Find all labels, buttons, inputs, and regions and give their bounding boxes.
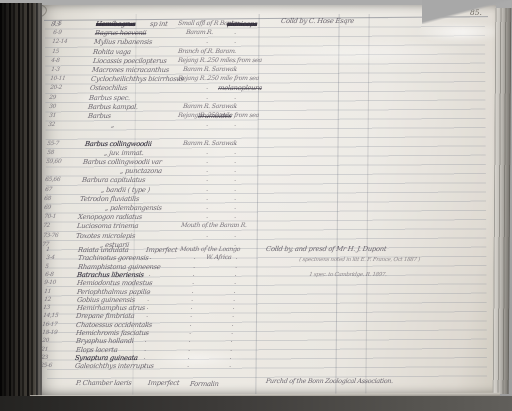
ditto-mark: · [189, 338, 191, 346]
ditto-mark: · [206, 214, 208, 222]
footer-species-name: P. Chamber laeris [76, 380, 132, 387]
collector-note-hose: Colld by C. Hose Esqre [281, 18, 355, 25]
ditto-mark: · [234, 122, 236, 130]
ditto-mark: · [193, 264, 195, 272]
locality: Rejang R. 250 mile from sea [178, 113, 260, 119]
ditto-mark: · [234, 141, 236, 149]
ditto-mark: · [206, 30, 208, 38]
ditto-mark: · [145, 338, 147, 346]
ditto-mark: · [206, 95, 208, 103]
specimen-number: 6-9 [52, 31, 61, 37]
ditto-mark: · [194, 247, 196, 255]
ditto-mark: · [234, 95, 236, 103]
ditto-mark: · [232, 313, 234, 321]
ditto-mark: · [234, 30, 236, 38]
species-name: Macrones micracanthus [91, 67, 169, 74]
species-name: Hemichromis fasciatus [76, 330, 150, 337]
ditto-mark: · [148, 280, 150, 288]
species-name: Synaptura guineata [75, 355, 138, 362]
locality: Rejang R. 250 miles from sea [178, 58, 263, 64]
specimen-number: 12-14 [52, 40, 68, 46]
ditto-mark: · [206, 187, 208, 195]
specimen-number: 31 [48, 114, 55, 120]
ditto-mark: · [234, 159, 236, 167]
ditto-mark: · [206, 159, 208, 167]
species-name: „ bandii ( type ) [100, 187, 150, 194]
ditto-mark: · [234, 67, 236, 75]
specimen-number: 14,15 [42, 314, 58, 320]
species-name: Drepane fimbriata [76, 313, 135, 320]
ditto-mark: · [234, 21, 236, 29]
ditto-mark: · [234, 168, 236, 176]
ditto-mark: · [234, 104, 236, 112]
specimen-number: 20-2 [49, 86, 62, 92]
ditto-mark: · [206, 67, 208, 75]
specimen-number: 6-8 [44, 273, 53, 279]
specimen-number: 73-76 [42, 234, 58, 240]
species-name: Hemirhamphus atrus [76, 305, 145, 312]
ditto-mark: · [206, 85, 208, 93]
ditto-mark: · [234, 49, 236, 57]
specimen-number: 4-8 [51, 59, 60, 65]
species-name: Cyclocheilichthys bicirrhosus [90, 76, 184, 83]
ditto-mark: · [206, 21, 208, 29]
species-name: Rohita vaga [93, 49, 132, 56]
ditto-mark: · [234, 205, 236, 213]
specimen-number: 69 [44, 206, 51, 212]
ditto-mark: · [191, 297, 193, 305]
specimen-number: 18-19 [42, 331, 58, 337]
footer-condition: Imperfect [148, 380, 180, 387]
species-name: Bryaphus hollandi [75, 338, 133, 345]
specimen-number: 20 [41, 339, 48, 345]
ditto-mark: · [206, 104, 208, 112]
specimen-number: 13 [43, 306, 50, 312]
species-name: Hemibagrus [96, 21, 136, 28]
specimen-number: 3-4 [45, 256, 54, 262]
ditto-mark: · [148, 289, 150, 297]
species-name: Rhamphistoma guineense [77, 264, 160, 271]
species-name: Tetrodon fluviatilis [79, 196, 139, 203]
ditto-mark: · [147, 305, 149, 313]
collector-subnote-2: 1 spec. to Cambridge. R. 1897. [309, 273, 387, 279]
species-name-part: melanopleura [218, 85, 263, 92]
ditto-mark: · [233, 305, 235, 313]
ditto-mark: · [187, 363, 189, 371]
specimen-number: 1 [46, 248, 50, 254]
specimen-number: 72 [43, 224, 50, 230]
ditto-mark: · [194, 255, 196, 263]
ditto-mark: · [206, 196, 208, 204]
locality: Small affl of R Baram [178, 21, 240, 27]
ditto-mark: · [190, 322, 192, 330]
ditto-mark: · [193, 272, 195, 280]
ditto-mark: · [231, 330, 233, 338]
locality: Baram R. Sarawak [183, 104, 238, 110]
locality: Rejang R. 250 mile from sea [178, 76, 260, 82]
footer-medium: Formalin [190, 381, 219, 388]
ditto-mark: · [229, 363, 231, 371]
species-name: Barbus collingwoodii [85, 141, 152, 148]
species-name: Chatoessus occidentalis [76, 322, 153, 329]
specimen-number: 9-10 [44, 281, 57, 287]
page-corner [422, 0, 512, 24]
ditto-mark: · [234, 150, 236, 158]
species-name: „ punctazona [120, 168, 163, 175]
species-name: Barbus [87, 113, 111, 120]
ledger-photo: 92 85. 8.3 9.2 Gb Colld by C. Hose Esqre… [0, 0, 512, 411]
ditto-mark: · [206, 76, 208, 84]
species-name: Barbura capitulatus [81, 177, 145, 184]
ditto-mark: · [191, 305, 193, 313]
ditto-mark: · [206, 113, 208, 121]
ditto-mark: · [234, 187, 236, 195]
ditto-mark: · [234, 233, 236, 241]
ditto-mark: · [188, 347, 190, 355]
ditto-mark: · [234, 58, 236, 66]
specimen-number: 12 [43, 298, 50, 304]
ditto-mark: · [232, 322, 234, 330]
ditto-mark: · [206, 205, 208, 213]
locality: Baram R. Sarawak [183, 67, 238, 73]
species-name: Toxotes microlepis [76, 233, 136, 240]
ditto-mark: · [147, 297, 149, 305]
ditto-mark: · [188, 355, 190, 363]
book-page-edges [493, 8, 512, 394]
species-name: Trachinotus goreensis [77, 255, 148, 262]
ditto-mark: · [144, 347, 146, 355]
ditto-mark: · [234, 177, 236, 185]
ditto-mark: · [235, 272, 237, 280]
specimen-number: 10-11 [50, 77, 66, 83]
ditto-mark: · [236, 255, 238, 263]
ditto-mark: · [192, 280, 194, 288]
ditto-mark: · [149, 264, 151, 272]
ditto-mark: · [234, 280, 236, 288]
ditto-mark: · [206, 49, 208, 57]
ditto-mark: · [230, 347, 232, 355]
species-name: Xenopogon radiatus [78, 214, 143, 221]
ditto-mark: · [233, 297, 235, 305]
species-name: Osteochilus [90, 85, 128, 92]
species-name: Hemiodontus modestus [77, 280, 153, 287]
species-name: „ palembangensis [105, 205, 162, 212]
specimen-number: 70-1 [43, 215, 56, 221]
ditto-mark: · [234, 85, 236, 93]
ditto-mark: · [206, 223, 208, 231]
ditto-mark: · [234, 76, 236, 84]
ditto-mark: · [206, 141, 208, 149]
species-name: Luciosoma trinema [77, 223, 139, 230]
book-fore-edge [0, 3, 42, 399]
specimen-number: 59,60 [46, 160, 62, 166]
specimen-number: 1-5 [53, 22, 62, 28]
ditto-mark: · [206, 150, 208, 158]
ditto-mark: · [190, 313, 192, 321]
specimen-number: 1-3 [50, 68, 59, 74]
specimen-number: 30 [49, 105, 56, 111]
collector-note-dupont: Colld by, and presd of Mr H. J. Dupont [266, 246, 387, 253]
locality: Baram R. [186, 30, 214, 36]
ditto-mark: · [143, 363, 145, 371]
footer-acquisition-note: Purchd of the Bonn Zoological Associatio… [266, 378, 394, 384]
specimen-number: 11 [44, 290, 51, 296]
locality: Baram R. Sarawak [183, 141, 238, 147]
species-name: Barbus spec. [89, 95, 131, 102]
species-name: Barbus kampal. [88, 104, 139, 111]
ditto-mark: · [206, 233, 208, 241]
species-name: „ juv. immat. [104, 150, 144, 157]
specimen-number: 68 [44, 197, 51, 203]
ditto-mark: · [236, 247, 238, 255]
specimen-number: 55-7 [47, 142, 60, 148]
species-name: Mylius rubanensis [94, 39, 153, 46]
specimen-number: 16-17 [42, 323, 58, 329]
species-name: Bagrus hoevenii [95, 30, 147, 37]
species-name: Elops lacerta [75, 347, 117, 354]
species-name: Periophthalmus papilio [77, 289, 151, 296]
species-name: Raiata undulata [78, 247, 129, 254]
ditto-mark: · [145, 330, 147, 338]
ditto-mark: · [234, 214, 236, 222]
ditto-mark: · [206, 58, 208, 66]
row-annotation: sp int [150, 21, 168, 28]
ditto-mark: · [234, 113, 236, 121]
specimen-number: 65,66 [45, 178, 61, 184]
species-name: Liocassis poecilopterus [92, 58, 166, 65]
bottom-shadow [0, 396, 512, 411]
row-annotation: Imperfect [146, 247, 178, 254]
ditto-mark: · [192, 289, 194, 297]
species-name: Gobius guineensis [76, 297, 135, 304]
ditto-mark: · [234, 289, 236, 297]
glare-spot [250, 40, 470, 66]
specimen-number: 58 [46, 151, 53, 157]
ditto-mark: · [235, 264, 237, 272]
species-name: „ [110, 122, 114, 129]
ditto-mark: · [234, 196, 236, 204]
ditto-mark: · [234, 39, 236, 47]
specimen-number: 67 [45, 188, 52, 194]
collector-subnote-1: ( specimens noted in litt E. F. France, … [299, 258, 420, 264]
glare-spot [415, 22, 507, 42]
specimen-number: 29 [49, 96, 56, 102]
ditto-mark: · [231, 338, 233, 346]
ditto-mark: · [206, 122, 208, 130]
ditto-mark: · [206, 177, 208, 185]
ditto-mark: · [206, 39, 208, 47]
species-name: Barbus collingwoodii var [83, 159, 162, 166]
specimen-number: 15 [51, 50, 58, 56]
ditto-mark: · [189, 330, 191, 338]
locality: Mouth of the Loango [180, 247, 241, 253]
ditto-mark: · [234, 223, 236, 231]
species-name: Batrachus liberiensis [77, 272, 145, 279]
locality: Mouth of the Baram R. [181, 223, 247, 229]
ditto-mark: · [230, 355, 232, 363]
specimen-number: 32 [48, 123, 55, 129]
region-note: W. Africa [206, 255, 232, 261]
ditto-mark: · [206, 168, 208, 176]
